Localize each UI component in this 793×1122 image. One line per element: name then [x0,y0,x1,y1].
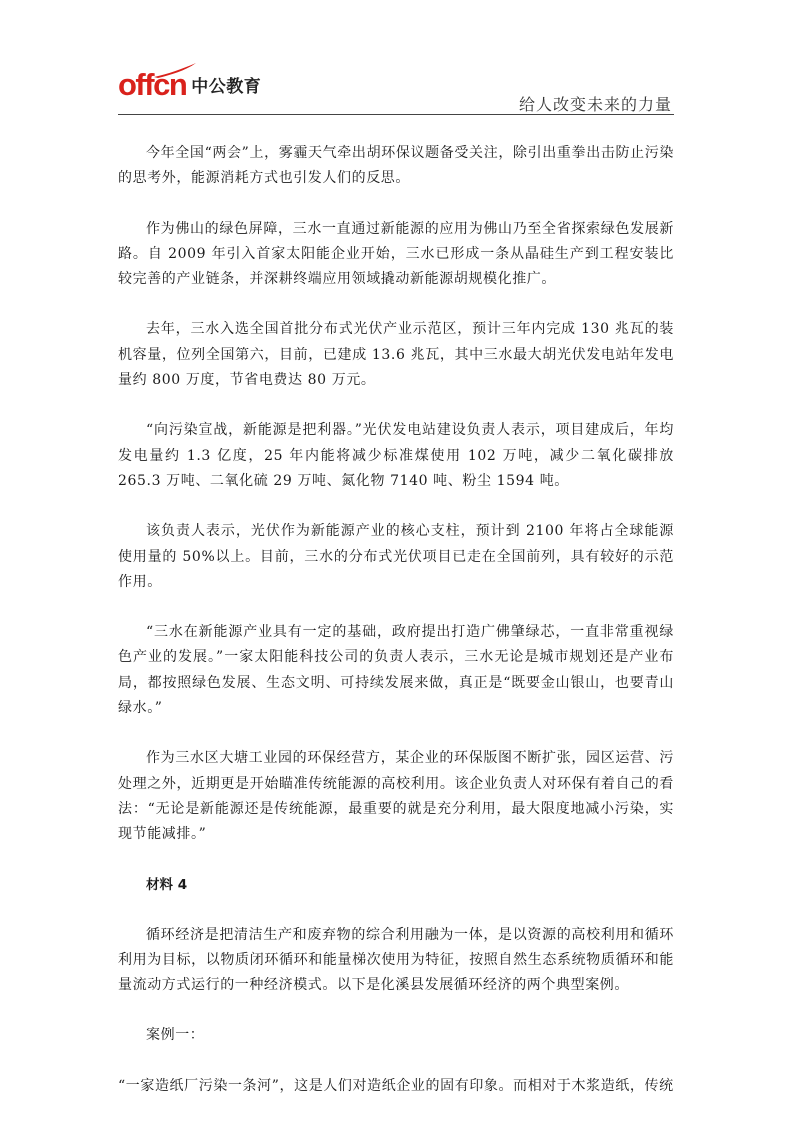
paragraph-4: “向污染宣战，新能源是把利器。”光伏发电站建设负责人表示，项目建成后，年均发电量… [118,418,674,494]
slogan: 给人改变未来的力量 [519,92,672,115]
paragraph-3: 去年，三水入选全国首批分布式光伏产业示范区，预计三年内完成 130 兆瓦的装机容… [118,317,674,393]
paragraph-spacer [118,494,674,519]
page-header: offcn 中公教育 给人改变未来的力量 [118,62,674,114]
paragraph-spacer [118,1049,674,1074]
document-body: 今年全国“两会”上，雾霾天气牵出胡环保议题备受关注，除引出重拳出击防止污染的思考… [118,141,674,1099]
section-paragraph-1: 循环经济是把清洁生产和废弃物的综合利用融为一体，是以资源的高校利用和循环利用为目… [118,923,674,999]
paragraph-spacer [118,292,674,317]
logo-swoosh-icon [152,62,198,78]
paragraph-spacer [118,192,674,217]
paragraph-2: 作为佛山的绿色屏障，三水一直通过新能源的应用为佛山乃至全省探索绿色发展新路。自 … [118,217,674,293]
paragraph-spacer [118,998,674,1023]
header-divider [118,114,674,115]
paragraph-1: 今年全国“两会”上，雾霾天气牵出胡环保议题备受关注，除引出重拳出击防止污染的思考… [118,141,674,192]
section-heading: 材料 4 [118,873,674,898]
paragraph-spacer [118,595,674,620]
paragraph-6: “三水在新能源产业具有一定的基础，政府提出打造广佛肇绿芯，一直非常重视绿色产业的… [118,620,674,721]
paragraph-spacer [118,898,674,923]
section-paragraph-2: “一家造纸厂污染一条河”，这是人们对造纸企业的固有印象。而相对于木浆造纸，传统 [118,1074,674,1099]
logo-chinese-name: 中公教育 [191,72,261,97]
case-label: 案例一： [118,1023,674,1048]
offcn-logo: offcn 中公教育 [118,66,261,100]
paragraph-7: 作为三水区大塘工业园的环保经营方，某企业的环保版图不断扩张，园区运营、污处理之外… [118,746,674,847]
logo-mark: offcn [118,70,186,100]
paragraph-5: 该负责人表示，光伏作为新能源产业的核心支柱，预计到 2100 年将占全球能源使用… [118,519,674,595]
paragraph-spacer [118,848,674,873]
paragraph-spacer [118,393,674,418]
paragraph-spacer [118,721,674,746]
